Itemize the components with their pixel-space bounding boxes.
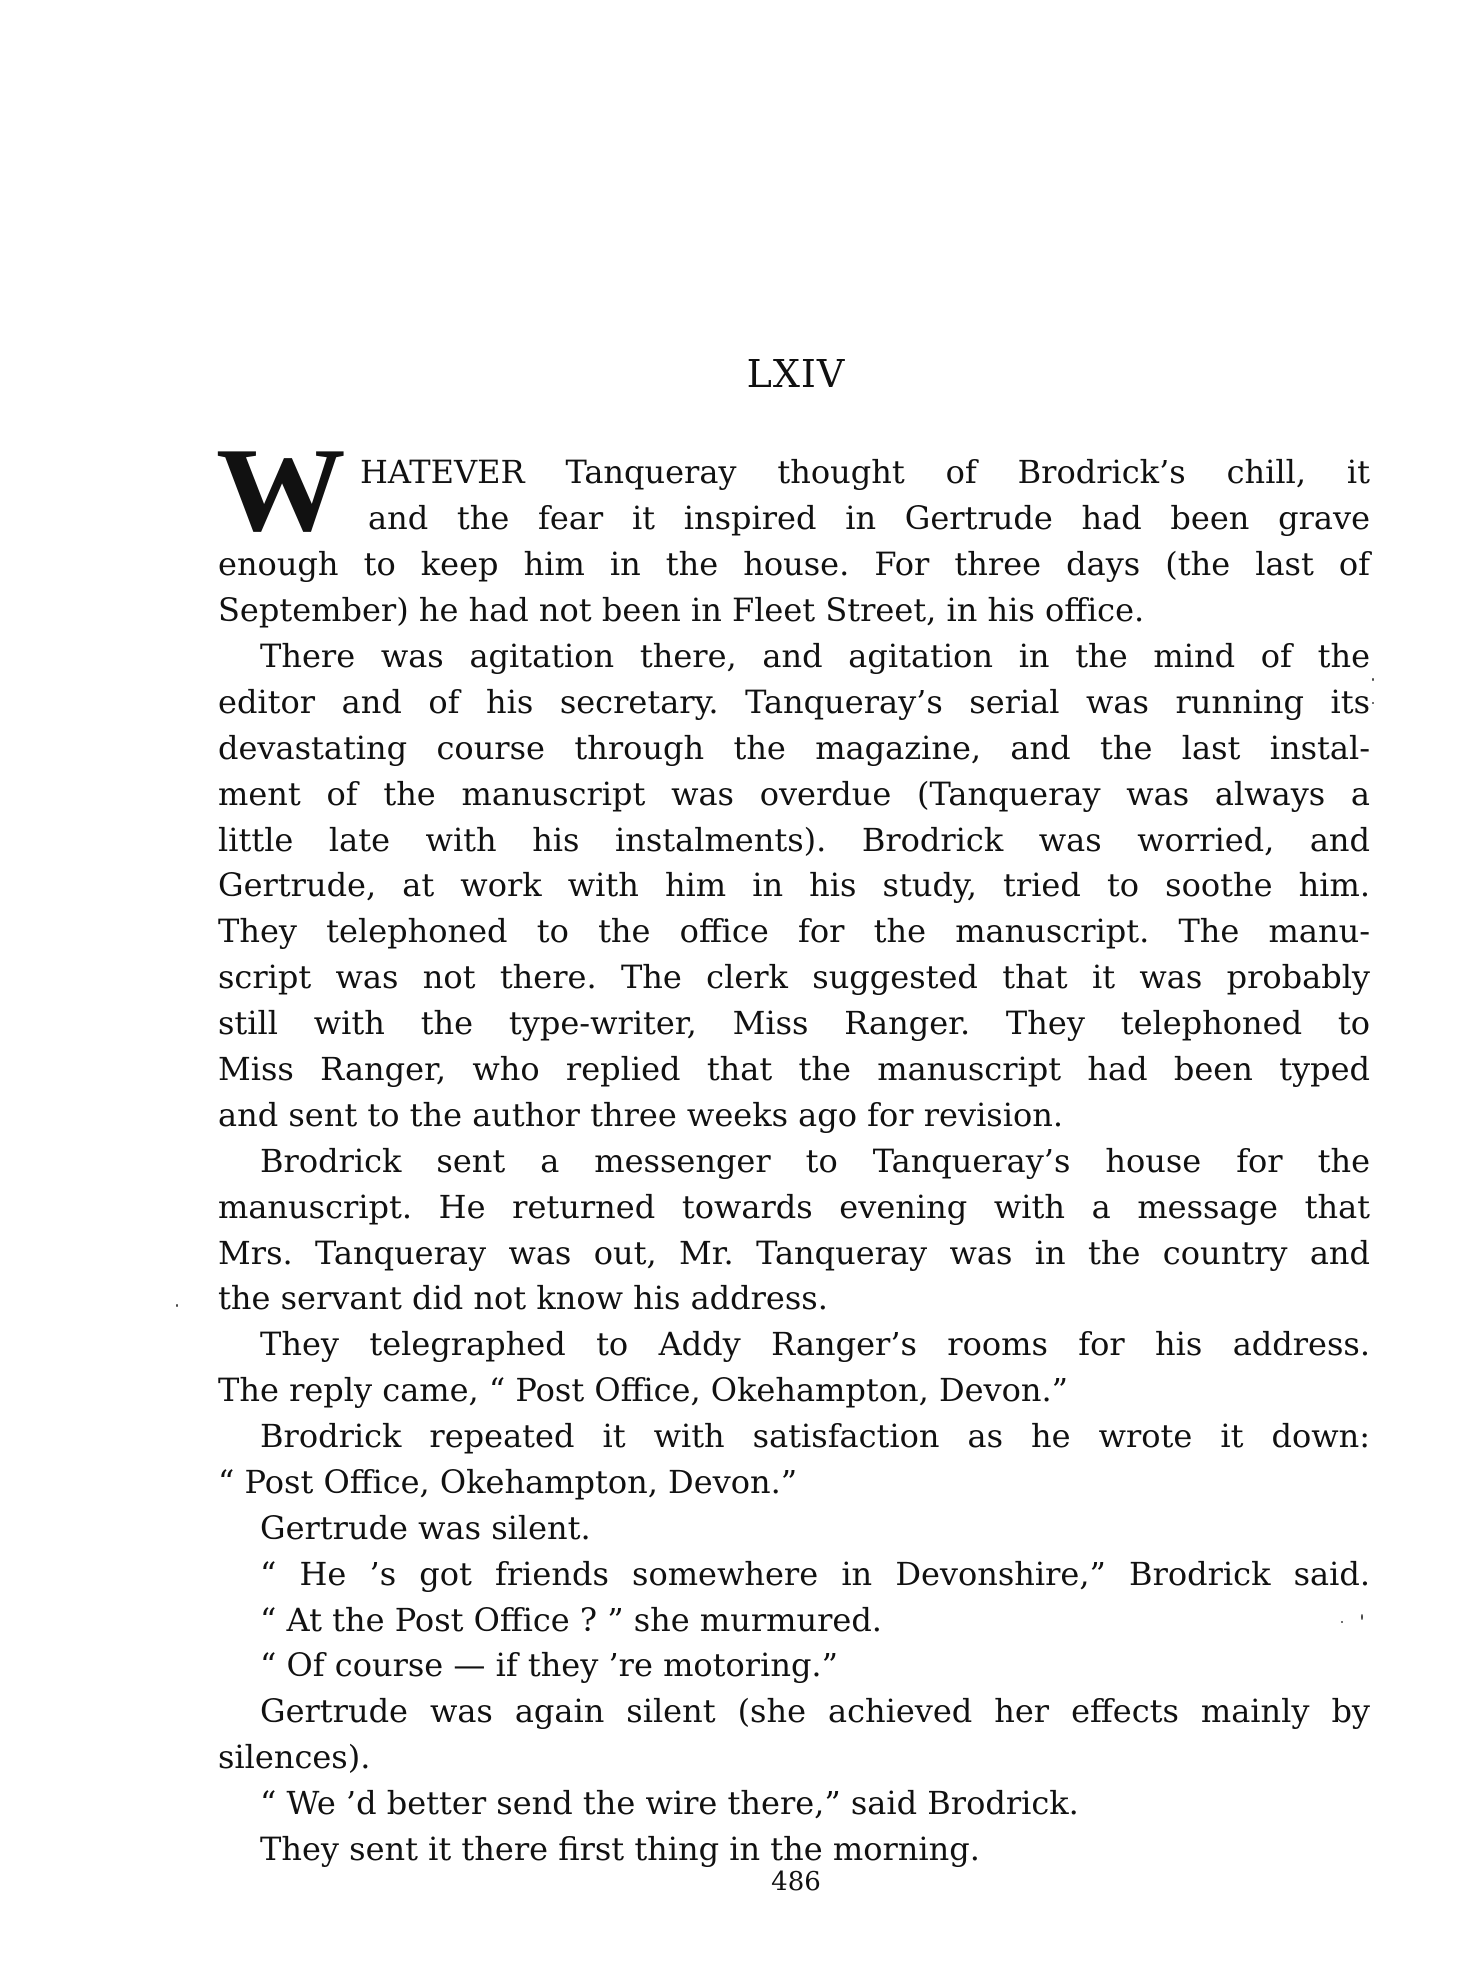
text-line: ment of the manuscript was overdue (Tanq… <box>218 771 1370 817</box>
text-line: script was not there. The clerk suggeste… <box>218 954 1370 1000</box>
text-line: manuscript. He returned towards evening … <box>218 1184 1370 1230</box>
text-line: still with the type-writer, Miss Ranger.… <box>218 1000 1370 1046</box>
text-line: Brodrick repeated it with satisfaction a… <box>260 1413 1370 1459</box>
text-line: Gertrude was again silent (she achieved … <box>260 1688 1370 1734</box>
text-line: editor and of his secretary. Tanqueray’s… <box>218 679 1370 725</box>
text-line: Gertrude, at work with him in his study,… <box>218 862 1370 908</box>
drop-cap: W <box>216 430 346 550</box>
text-line: Gertrude was silent. <box>260 1505 1370 1551</box>
text-line: Miss Ranger, who replied that the manusc… <box>218 1046 1370 1092</box>
page-number: 486 <box>0 1866 1474 1898</box>
text-line: September) he had not been in Fleet Stre… <box>218 587 1370 633</box>
text-line: devastating course through the magazine,… <box>218 725 1370 771</box>
text-line: “ Of course — if they ’re motoring.” <box>260 1642 1370 1688</box>
scan-speck <box>1372 678 1374 681</box>
scan-speck <box>176 1304 178 1307</box>
scan-speck <box>1341 1621 1343 1623</box>
text-line: and the fear it inspired in Gertrude had… <box>368 495 1370 541</box>
scan-speck <box>1372 702 1374 704</box>
text-line: Brodrick sent a messenger to Tanqueray’s… <box>260 1138 1370 1184</box>
text-line: enough to keep him in the house. For thr… <box>218 541 1370 587</box>
text-line: and sent to the author three weeks ago f… <box>218 1092 1370 1138</box>
text-line: little late with his instalments). Brodr… <box>218 817 1370 863</box>
text-line: “ Post Office, Okehampton, Devon.” <box>218 1459 1370 1505</box>
text-line: Mrs. Tanqueray was out, Mr. Tanqueray wa… <box>218 1230 1370 1276</box>
text-line: silences). <box>218 1734 1370 1780</box>
text-line: “ He ’s got friends somewhere in Devonsh… <box>260 1551 1370 1597</box>
text-line: HATEVER Tanqueray thought of Brodrick’s … <box>360 449 1370 495</box>
text-line: “ At the Post Office ? ” she murmured. <box>260 1597 1370 1643</box>
text-line: They telegraphed to Addy Ranger’s rooms … <box>260 1321 1370 1367</box>
text-line: The reply came, “ Post Office, Okehampto… <box>218 1367 1370 1413</box>
text-line: They telephoned to the office for the ma… <box>218 908 1370 954</box>
text-line: the servant did not know his address. <box>218 1275 1370 1321</box>
scan-speck <box>1361 1614 1363 1620</box>
book-page: LXIV W HATEVER Tanqueray thought of Brod… <box>0 0 1474 1972</box>
text-line: There was agitation there, and agitation… <box>260 633 1370 679</box>
chapter-heading: LXIV <box>0 352 1474 396</box>
text-line: “ We ’d better send the wire there,” sai… <box>260 1780 1370 1826</box>
